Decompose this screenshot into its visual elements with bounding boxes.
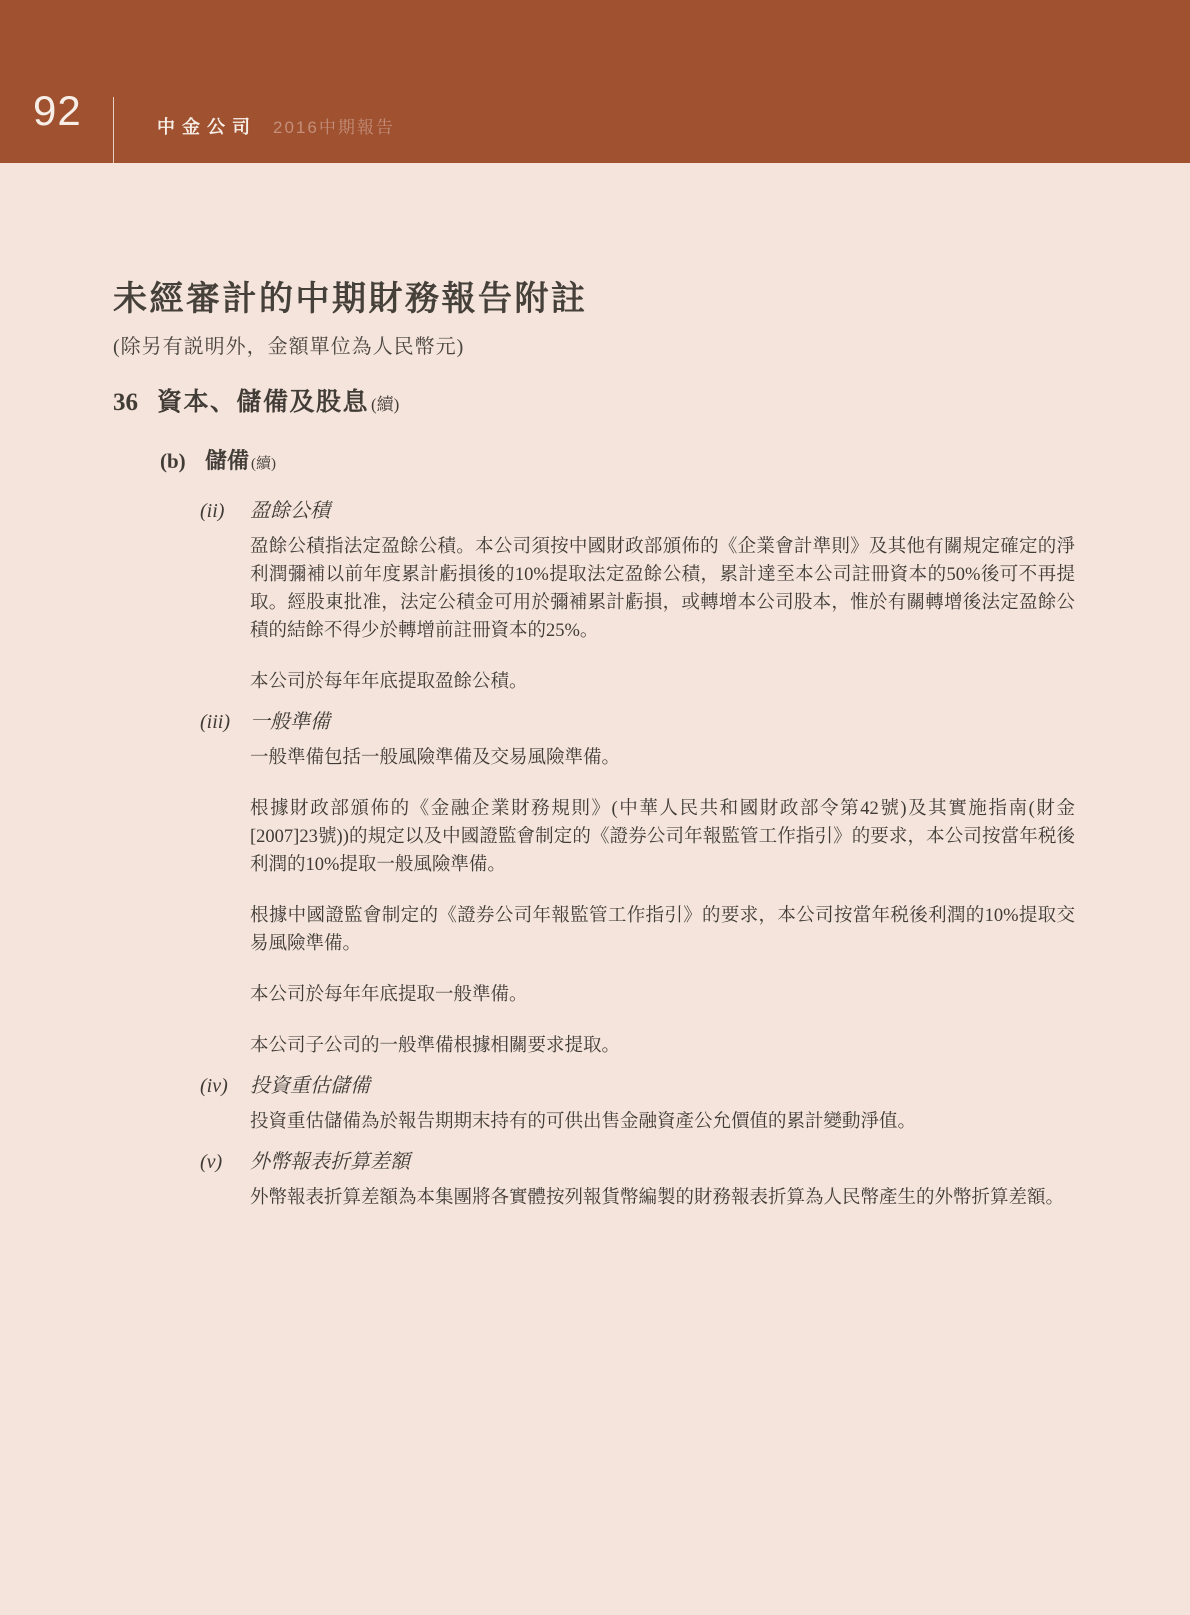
subsection-title-group: 儲備(續) [205,446,276,479]
note-item-paragraph: 本公司於每年年底提取盈餘公積。 [250,668,1075,696]
note-item-title: 投資重估儲備 [250,1072,1075,1100]
note-item-paragraph: 本公司子公司的一般準備根據相關要求提取。 [250,1032,1075,1060]
note-item-body: 投資重估儲備投資重估儲備為於報告期期末持有的可供出售金融資產公允價值的累計變動淨… [250,1072,1075,1136]
header-divider [113,97,114,163]
note-item: (v)外幣報表折算差額外幣報表折算差額為本集團將各實體按列報貨幣編製的財務報表折… [200,1148,1075,1212]
subsection-heading: (b) 儲備(續) [160,446,1075,479]
note-item-paragraph: 投資重估儲備為於報告期期末持有的可供出售金融資產公允價值的累計變動淨值。 [250,1108,1075,1136]
note-item-title: 外幣報表折算差額 [250,1148,1075,1176]
note-item-body: 外幣報表折算差額外幣報表折算差額為本集團將各實體按列報貨幣編製的財務報表折算為人… [250,1148,1075,1212]
note-item: (ii)盈餘公積盈餘公積指法定盈餘公積。本公司須按中國財政部頒佈的《企業會計準則… [200,497,1075,696]
note-item-paragraph: 根據財政部頒佈的《金融企業財務規則》(中華人民共和國財政部令第42號)及其實施指… [250,795,1075,879]
document-title: 未經審計的中期財務報告附註 [113,280,1075,320]
report-title: 2016中期報告 [273,113,395,138]
items-list: (ii)盈餘公積盈餘公積指法定盈餘公積。本公司須按中國財政部頒佈的《企業會計準則… [200,497,1075,1212]
page-number: 92 [33,90,82,132]
document-subtitle: (除另有説明外，金額單位為人民幣元) [113,334,1075,360]
note-item-body: 盈餘公積盈餘公積指法定盈餘公積。本公司須按中國財政部頒佈的《企業會計準則》及其他… [250,497,1075,696]
section-number: 36 [113,386,157,420]
note-item-paragraph: 盈餘公積指法定盈餘公積。本公司須按中國財政部頒佈的《企業會計準則》及其他有關規定… [250,533,1075,645]
note-item-body: 一般準備一般準備包括一般風險準備及交易風險準備。根據財政部頒佈的《金融企業財務規… [250,708,1075,1060]
page-content: 未經審計的中期財務報告附註 (除另有説明外，金額單位為人民幣元) 36 資本、儲… [0,280,1190,1212]
note-item-label: (iii) [200,708,250,1060]
section-title: 資本、儲備及股息 [157,389,369,416]
note-item-paragraph: 根據中國證監會制定的《證券公司年報監管工作指引》的要求，本公司按當年税後利潤的1… [250,902,1075,958]
note-item-paragraph: 一般準備包括一般風險準備及交易風險準備。 [250,744,1075,772]
note-item-label: (ii) [200,497,250,696]
note-item: (iv)投資重估儲備投資重估儲備為於報告期期末持有的可供出售金融資產公允價值的累… [200,1072,1075,1136]
note-item-title: 一般準備 [250,708,1075,736]
note-item-title: 盈餘公積 [250,497,1075,525]
subsection-title: 儲備 [205,448,249,473]
note-item: (iii)一般準備一般準備包括一般風險準備及交易風險準備。根據財政部頒佈的《金融… [200,708,1075,1060]
section-heading: 36 資本、儲備及股息(續) [113,386,1075,422]
note-item-label: (iv) [200,1072,250,1136]
company-name: 中金公司 [157,113,257,139]
page-header-band: 92 中金公司 2016中期報告 [0,0,1190,163]
section-continued-marker: (續) [371,395,399,414]
note-item-paragraph: 本公司於每年年底提取一般準備。 [250,981,1075,1009]
report-page: 92 中金公司 2016中期報告 未經審計的中期財務報告附註 (除另有説明外，金… [0,0,1190,1615]
subsection-label: (b) [160,446,205,476]
subsection-continued-marker: (續) [251,456,276,472]
note-item-paragraph: 外幣報表折算差額為本集團將各實體按列報貨幣編製的財務報表折算為人民幣產生的外幣折… [250,1184,1075,1212]
header-title-group: 中金公司 2016中期報告 [157,113,395,139]
note-item-label: (v) [200,1148,250,1212]
section-title-group: 資本、儲備及股息(續) [157,386,399,422]
